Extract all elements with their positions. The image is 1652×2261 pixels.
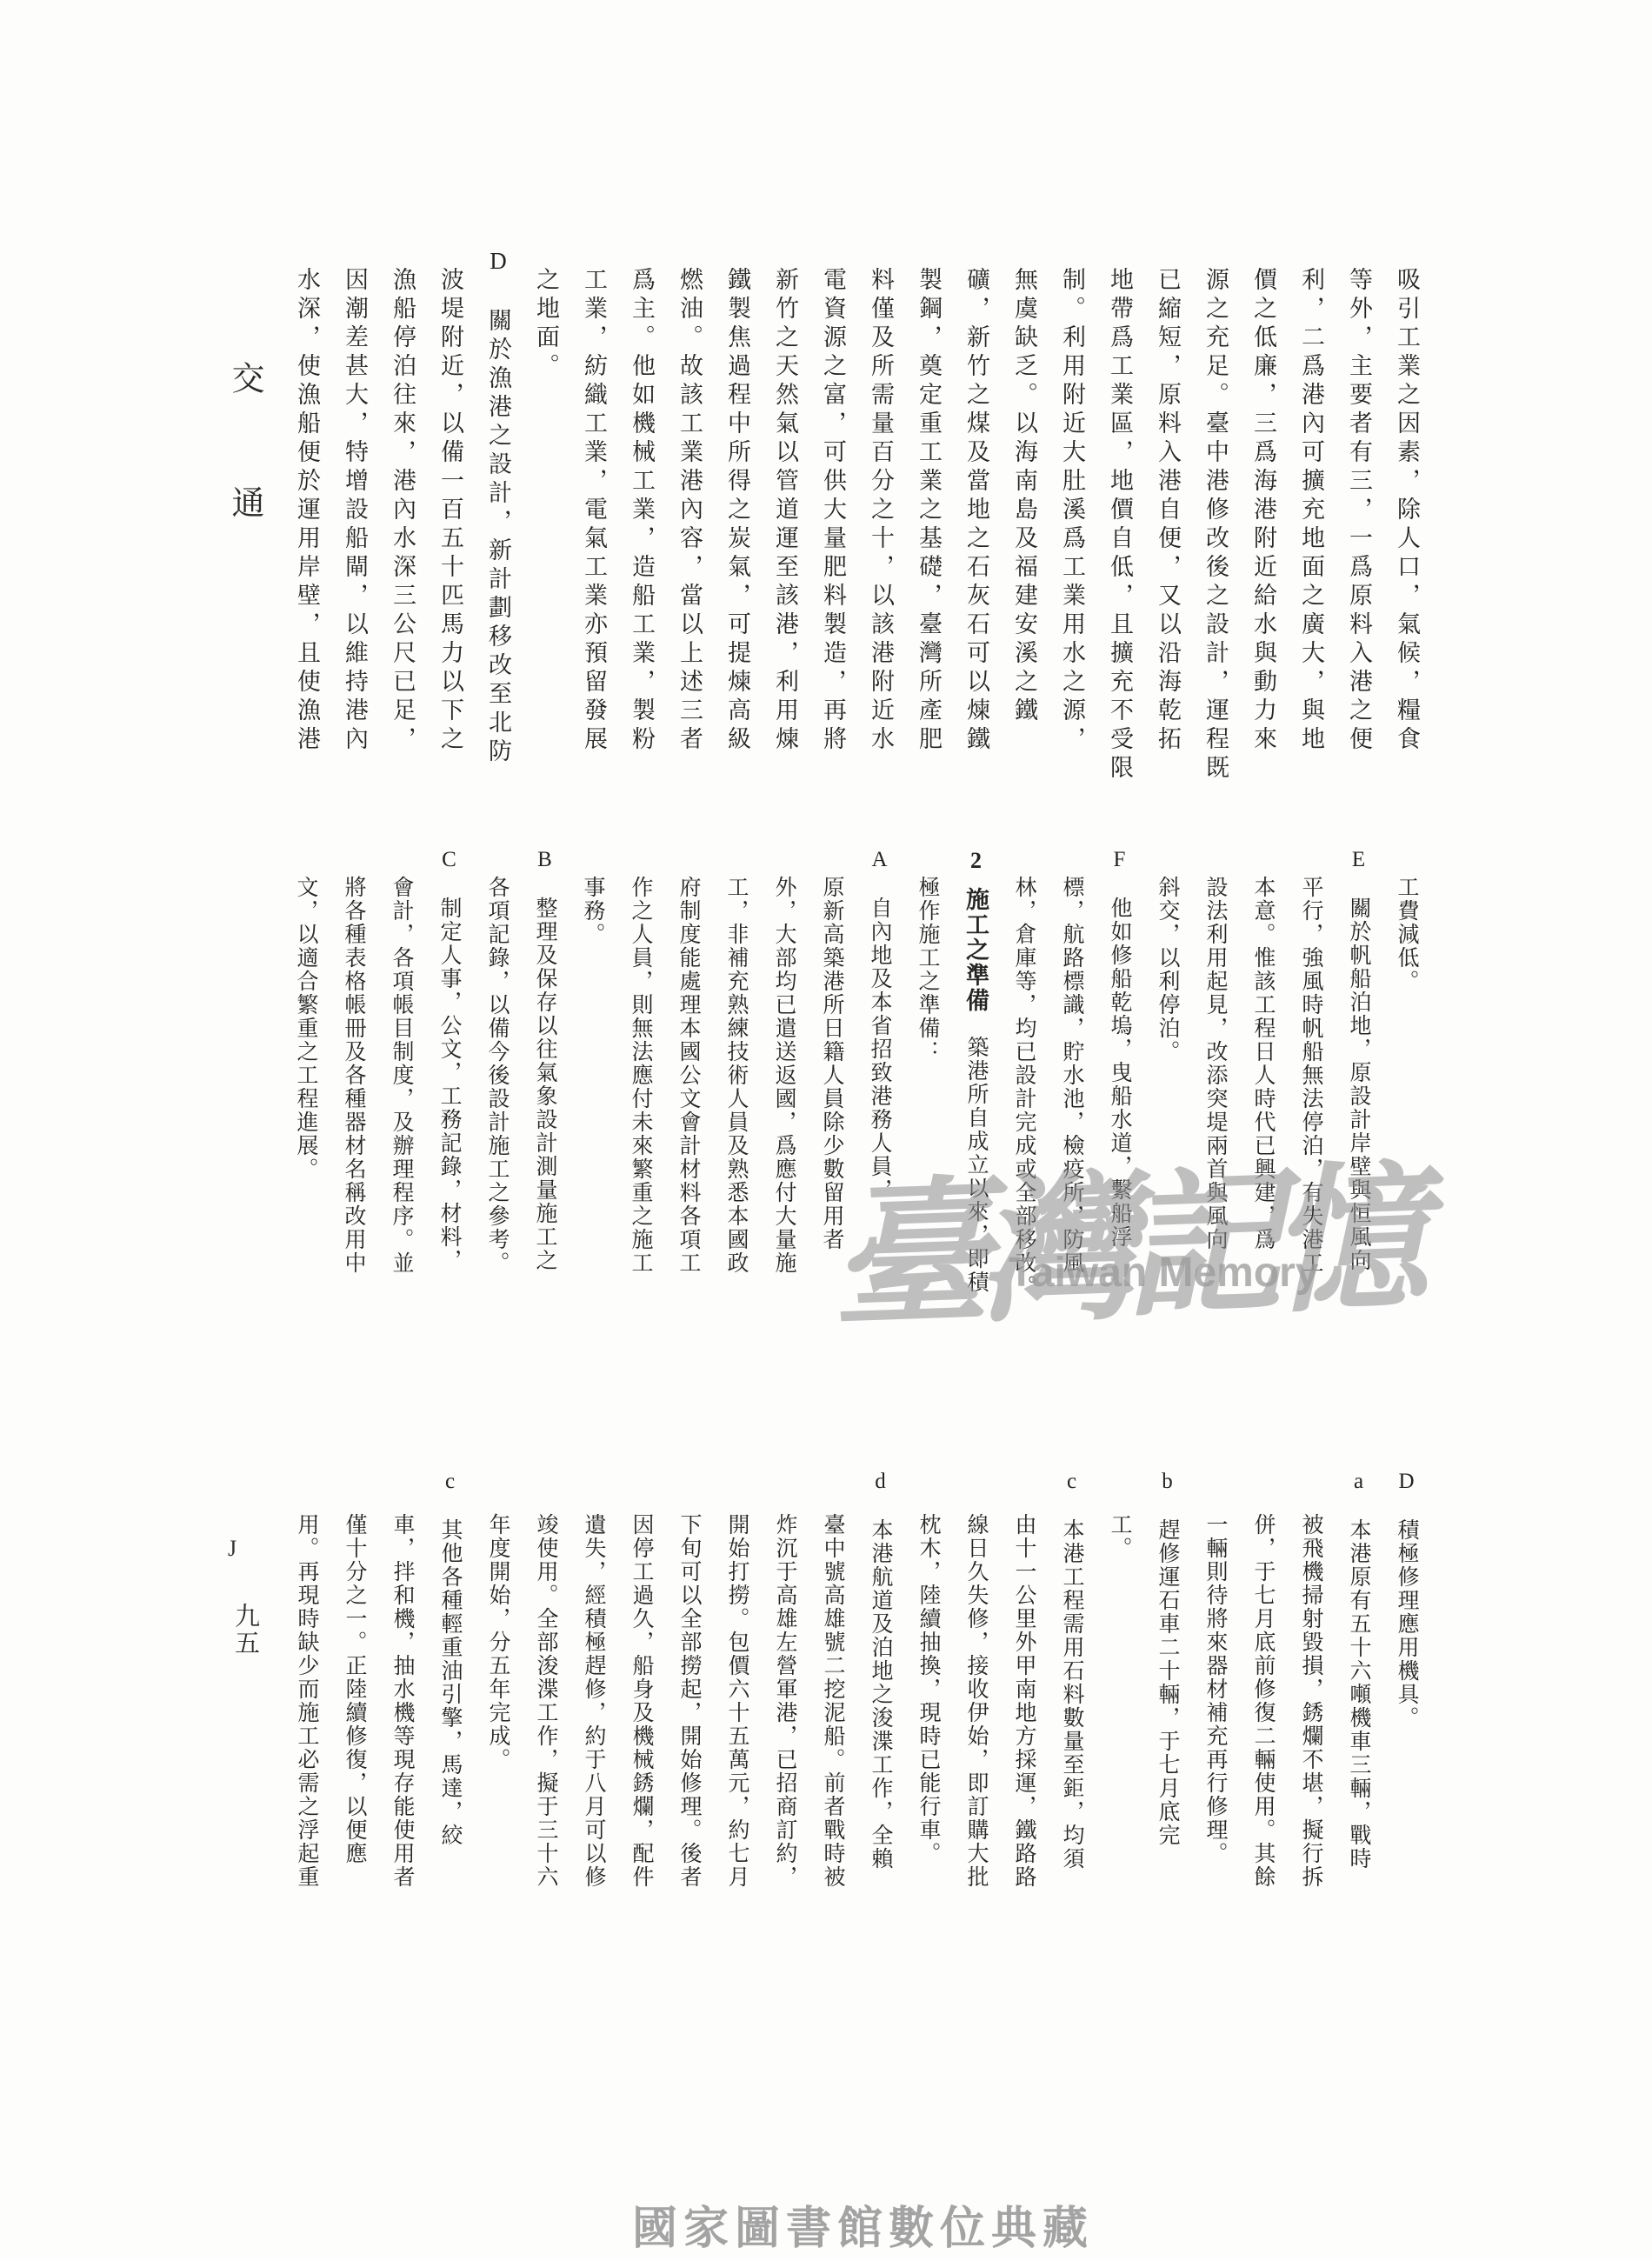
text-column: 原新高築港所日籍人員除少數留用者 [808,848,856,1322]
text-column: 車，拌和機，抽水機等現存能使用者 [378,1470,426,1896]
text-column: 等外，主要者有三，一爲原料入港之便 [1335,248,1382,839]
text-column: 竣使用。全部浚渫工作，擬于三十六 [522,1470,570,1896]
text-column: 府制度能處理本國公文會計材料各項工 [664,848,712,1322]
side-header-category: 交通 [221,361,269,610]
text-column: 枕木，陸續抽換，現時已能行車。 [904,1470,952,1896]
text-column: F 他如修船乾塢，曳船水道，繫船浮 [1096,848,1143,1322]
text-column: E 關於帆船泊地，原設計岸壁與恒風向 [1335,848,1382,1322]
text-column: 臺中號高雄號二挖泥船。前者戰時被 [809,1470,856,1896]
text-column: 作之人員，則無法應付未來繁重之施工 [616,848,664,1322]
text-column: 炸沉于高雄左營軍港，已招商訂約， [761,1470,809,1896]
section-title: 施工之準備 [963,887,989,1013]
text-column: 將各種表格帳冊及各種器材名稱改用中 [330,848,377,1322]
text-column: 極作施工之準備： [903,848,951,1322]
text-column: 開始打撈。包價六十五萬元，約七月 [713,1470,761,1896]
text-band-top: 吸引工業之因素，除人口，氣候，糧食等外，主要者有三，一爲原料入港之便利，二爲港內… [281,248,1430,839]
text-column: 燃油。故該工業港內容，當以上述三者 [665,248,713,839]
text-column: 之地面。 [522,248,570,839]
text-column: D 關於漁港之設計，新計劃移改至北防 [474,248,522,839]
text-column: 各項記錄，以備今後設計施工之參考。 [473,848,521,1322]
text-column: 制。利用附近大肚溪爲工業用水之源， [1048,248,1096,839]
text-column: 礦，新竹之煤及當地之石灰石可以煉鐵 [952,248,1000,839]
text-column: 漁船停泊往來，港內水深三公尺已足， [378,248,426,839]
text-column: 平行，強風時帆船無法停泊，有失港工 [1287,848,1335,1322]
text-column: 事務。 [569,848,616,1322]
text-band-bottom: D 積極修理應用機具。a 本港原有五十六噸機車三輛，戰時被飛機掃射毀損，銹爛不堪… [281,1470,1430,1896]
text-column: 製鋼，奠定重工業之基礎，臺灣所產肥 [904,248,952,839]
text-column: 用。再現時缺少而施工必需之浮起重 [283,1470,330,1896]
text-column: 價之低廉，三爲海港附近給水與動力來 [1239,248,1287,839]
text-column: 工。 [1096,1470,1143,1896]
text-column: 設法利用起見，改添突堤兩首與風向 [1191,848,1239,1322]
text-column: 本意。惟該工程日人時代已興建，爲 [1239,848,1287,1322]
text-column: 併，于七月底前修復二輛使用。其餘 [1239,1470,1287,1896]
text-column: a 本港原有五十六噸機車三輛，戰時 [1335,1470,1382,1896]
text-column: 斜交，以利停泊。 [1143,848,1191,1322]
text-column: 因潮差甚大，特增設船閘，以維持港內 [330,248,378,839]
text-column: 工，非補充熟練技術人員及熟悉本國政 [712,848,760,1322]
footer-archive-caption: 國家圖書館數位典藏 [632,2191,1094,2257]
text-column: 林，倉庫等，均已設計完成或全部移改。 [1000,848,1048,1322]
text-column: 線日久失修，接收伊始，即訂購大批 [952,1470,1000,1896]
text-band-middle: 工費減低。E 關於帆船泊地，原設計岸壁與恒風向平行，強風時帆船無法停泊，有失港工… [281,848,1430,1322]
text-column: 已縮短，原料入港自便，又以沿海乾拓 [1143,248,1191,839]
text-column: 吸引工業之因素，除人口，氣候，糧食 [1382,248,1430,839]
text-column: 年度開始，分五年完成。 [474,1470,522,1896]
section-text: 築港所自成立以來，即積 [964,1036,988,1294]
text-column: 地帶爲工業區，地價自低，且擴充不受限 [1096,248,1143,839]
text-column: 水深，使漁船便於運用岸壁，且使漁港 [283,248,330,839]
text-column: 利，二爲港內可擴充地面之廣大，與地 [1287,248,1335,839]
text-column: C 制定人事，公文，工務記錄，材料， [425,848,473,1322]
text-column: 無虞缺乏。以海南島及福建安溪之鐵 [1000,248,1048,839]
text-column: 僅十分之一。正陸續修復，以便應 [330,1470,378,1896]
text-column: A 自內地及本省招致港務人員， [856,848,903,1322]
text-column: 爲主。他如機械工業，造船工業，製粉 [617,248,665,839]
text-column: 鐵製焦過程中所得之炭氣，可提煉高級 [713,248,761,839]
text-column: b 趕修運石車二十輛，于七月底完 [1143,1470,1191,1896]
text-column: 會計，各項帳目制度，及辦理程序。並 [377,848,425,1322]
scanned-document-page: 交通 吸引工業之因素，除人口，氣候，糧食等外，主要者有三，一爲原料入港之便利，二… [0,0,1652,2261]
text-column: 電資源之富，可供大量肥料製造，再將 [809,248,856,839]
text-column: B 整理及保存以往氣象設計測量施工之 [521,848,569,1322]
text-column: d 本港航道及泊地之浚渫工作，全賴 [856,1470,904,1896]
section-header-column: 2施工之準備築港所自成立以來，即積 [951,848,1000,1322]
text-column: c 本港工程需用石料數量至鉅，均須 [1048,1470,1096,1896]
text-column: 工費減低。 [1382,848,1430,1322]
text-column: 文，以適合繁重之工程進展。 [282,848,330,1322]
text-column: 新竹之天然氣以管道運至該港，利用煉 [761,248,809,839]
text-column: 被飛機掃射毀損，銹爛不堪，擬行拆 [1287,1470,1335,1896]
text-column: D 積極修理應用機具。 [1382,1470,1430,1896]
text-column: 一輛則待將來器材補充再行修理。 [1191,1470,1239,1896]
page-number: 九五 [228,1603,263,1657]
text-column: 下旬可以全部撈起，開始修理。後者 [665,1470,713,1896]
text-column: c 其他各種輕重油引擎，馬達，絞 [426,1470,474,1896]
section-number: 2 [963,848,989,875]
page-letter: J [228,1536,236,1562]
text-column: 外，大部均已遣送返國，爲應付大量施 [760,848,808,1322]
text-column: 源之充足。臺中港修改後之設計，運程既 [1191,248,1239,839]
text-column: 波堤附近，以備一百五十匹馬力以下之 [426,248,474,839]
text-column: 遺失，經積極趕修，約于八月可以修 [570,1470,617,1896]
text-column: 因停工過久，船身及機械銹爛，配件 [617,1470,665,1896]
text-column: 標，航路標識，貯水池，檢疫所，防風 [1048,848,1096,1322]
text-column: 料僅及所需量百分之十，以該港附近水 [856,248,904,839]
text-column: 工業，紡織工業，電氣工業亦預留發展 [570,248,617,839]
text-column: 由十一公里外甲南地方採運，鐵路路 [1000,1470,1048,1896]
